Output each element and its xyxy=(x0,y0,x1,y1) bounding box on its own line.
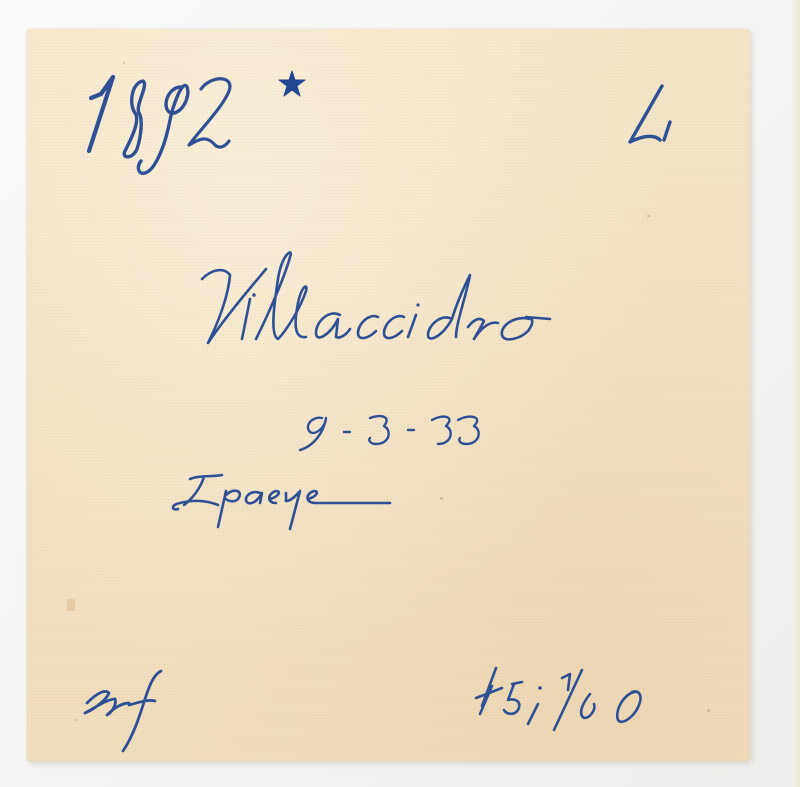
catalog-mark-text: * xyxy=(27,29,28,30)
collector-initials-text: vrf xyxy=(27,29,28,30)
collection-date-handwriting xyxy=(292,404,492,464)
paper-stain xyxy=(67,599,75,611)
star-mark-icon xyxy=(277,69,307,99)
paper-speck xyxy=(123,62,125,64)
collector-name-text: Израеле xyxy=(27,29,28,30)
paper-speck xyxy=(707,709,710,712)
paper-speck xyxy=(440,497,443,500)
collector-initials-handwriting xyxy=(77,663,177,763)
adjacent-card-edge xyxy=(792,0,800,787)
locality-handwriting xyxy=(190,239,590,359)
measurement-handwriting xyxy=(472,664,672,744)
specimen-label-card: 1892 * L Villacidro xyxy=(27,29,750,761)
collector-name-handwriting xyxy=(160,469,400,539)
catalog-number-handwriting xyxy=(77,65,277,175)
letter-code-text: L xyxy=(27,29,28,30)
paper-speck xyxy=(647,215,650,217)
collection-date-text: 9-3-33 xyxy=(27,29,28,30)
catalog-number-text: 1892 xyxy=(27,29,28,30)
locality-text: Villacidro xyxy=(27,29,28,30)
letter-code-handwriting xyxy=(602,84,672,164)
measurement-text: 45; 1/50 xyxy=(27,29,28,30)
